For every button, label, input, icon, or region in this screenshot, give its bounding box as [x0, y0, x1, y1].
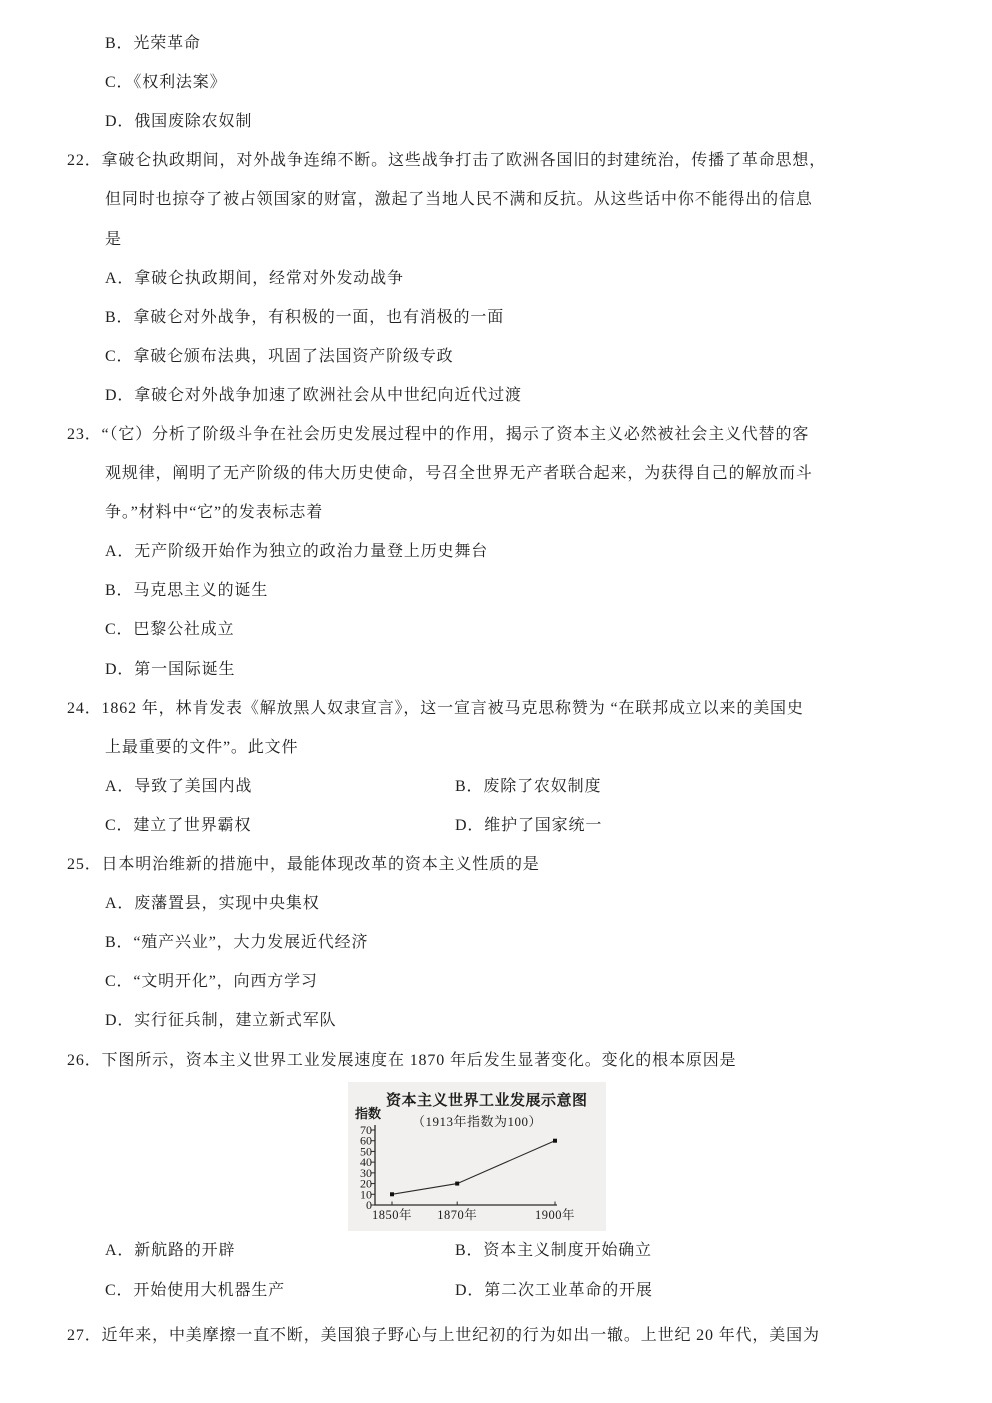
chart-y-axis-label: 指数 [355, 1103, 381, 1122]
question-24-stem-line-1: 24．1862 年，林肯发表《解放黑人奴隶宣言》，这一宣言被马克思称赞为 “在联… [67, 698, 804, 720]
question-24-stem-line-2: 上最重要的文件”。此文件 [105, 737, 298, 759]
question-26-option-d: D．第二次工业革命的开展 [455, 1280, 653, 1302]
question-21-option-c: C．《权利法案》 [105, 72, 226, 94]
question-22-option-a: A．拿破仑执政期间，经常对外发动战争 [105, 268, 404, 290]
question-21-option-d: D．俄国废除农奴制 [105, 111, 252, 133]
question-26-option-c: C．开始使用大机器生产 [105, 1280, 285, 1302]
question-24-option-b: B．废除了农奴制度 [455, 776, 601, 798]
question-24-option-d: D．维护了国家统一 [455, 815, 602, 837]
chart-title: 资本主义世界工业发展示意图 [386, 1089, 588, 1110]
question-23-option-c: C．巴黎公社成立 [105, 619, 234, 641]
question-23-option-b: B．马克思主义的诞生 [105, 580, 268, 602]
svg-text:70: 70 [360, 1123, 372, 1137]
svg-text:1850年: 1850年 [372, 1207, 412, 1222]
exam-page: { "page": { "background": "#ffffff", "te… [0, 0, 992, 1403]
question-25-option-d: D．实行征兵制，建立新式军队 [105, 1010, 336, 1032]
question-22-stem-line-2: 但同时也掠夺了被占领国家的财富，激起了当地人民不满和反抗。从这些话中你不能得出的… [105, 189, 813, 211]
question-23-stem-line-3: 争。”材料中“它”的发表标志着 [105, 502, 323, 524]
question-24-option-a: A．导致了美国内战 [105, 776, 252, 798]
question-22-stem-line-1: 22．拿破仑执政期间，对外战争连绵不断。这些战争打击了欧洲各国旧的封建统治，传播… [67, 150, 826, 172]
chart-subtitle: （1913年指数为100） [412, 1111, 542, 1130]
question-24-option-c: C．建立了世界霸权 [105, 815, 251, 837]
question-25-option-b: B．“殖产兴业”，大力发展近代经济 [105, 932, 368, 954]
question-23-option-d: D．第一国际诞生 [105, 659, 235, 681]
question-21-option-b: B．光荣革命 [105, 33, 201, 55]
question-25-option-c: C．“文明开化”，向西方学习 [105, 971, 318, 993]
question-22-stem-line-3: 是 [105, 229, 122, 251]
question-26-option-b: B．资本主义制度开始确立 [455, 1240, 652, 1262]
question-23-stem-line-2: 观规律，阐明了无产阶级的伟大历史使命，号召全世界无产者联合起来，为获得自己的解放… [105, 463, 813, 485]
question-26-stem-line-1: 26．下图所示，资本主义世界工业发展速度在 1870 年后发生显著变化。变化的根… [67, 1050, 736, 1072]
industry-development-chart: 0102030405060701850年1870年1900年 指数 资本主义世界… [348, 1082, 606, 1231]
svg-text:1870年: 1870年 [437, 1207, 477, 1222]
question-22-option-b: B．拿破仑对外战争，有积极的一面，也有消极的一面 [105, 307, 504, 329]
question-22-option-d: D．拿破仑对外战争加速了欧洲社会从中世纪向近代过渡 [105, 385, 522, 407]
question-25-option-a: A．废藩置县，实现中央集权 [105, 893, 320, 915]
svg-text:1900年: 1900年 [535, 1207, 575, 1222]
question-23-stem-line-1: 23．“（它）分析了阶级斗争在社会历史发展过程中的作用，揭示了资本主义必然被社会… [67, 424, 809, 446]
question-22-option-c: C．拿破仑颁布法典，巩固了法国资产阶级专政 [105, 346, 454, 368]
question-23-option-a: A．无产阶级开始作为独立的政治力量登上历史舞台 [105, 541, 488, 563]
question-27-stem-line-1: 27．近年来，中美摩擦一直不断，美国狼子野心与上世纪初的行为如出一辙。上世纪 2… [67, 1325, 820, 1347]
question-25-stem-line-1: 25．日本明治维新的措施中，最能体现改革的资本主义性质的是 [67, 854, 540, 876]
question-26-option-a: A．新航路的开辟 [105, 1240, 235, 1262]
